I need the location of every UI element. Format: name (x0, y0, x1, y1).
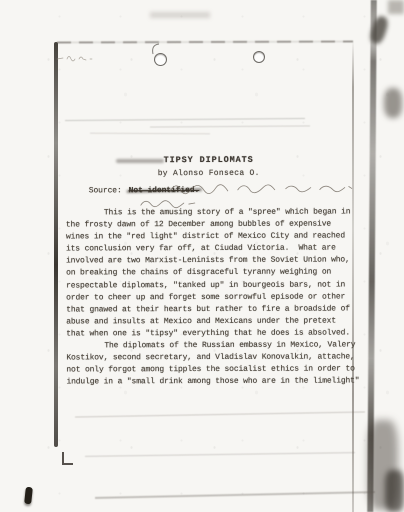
document-title: TIPSY DIPLOMATS (66, 154, 352, 165)
document-content: TIPSY DIPLOMATS by Alonso Fonseca O. Sou… (0, 0, 404, 512)
source-label: Source: (89, 186, 122, 195)
handwritten-annotation-line1 (168, 181, 354, 197)
scanned-document-page: TIPSY DIPLOMATS by Alonso Fonseca O. Sou… (0, 0, 404, 512)
paragraph-1: This is the amusing story of a "spree" w… (66, 206, 359, 340)
paragraph-2: The diplomats of the Russian embassy in … (66, 339, 359, 388)
document-body: This is the amusing story of a "spree" w… (66, 206, 360, 388)
document-byline: by Alonso Fonseca O. (66, 168, 352, 178)
